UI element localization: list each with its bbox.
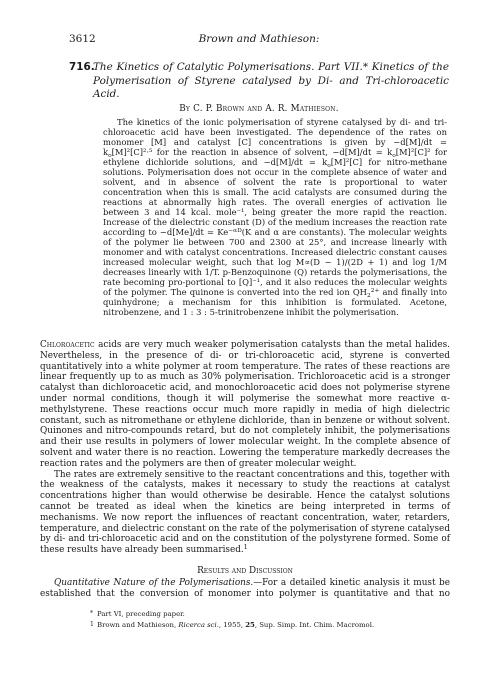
footnotes: *Part VI, preceding paper. 1Brown and Ma… <box>90 609 450 630</box>
intro-paragraph-2: The rates are extremely sensitive to the… <box>40 470 450 556</box>
footnote: 1Brown and Mathieson, Ricerca sci., 1955… <box>90 620 450 631</box>
article-number: 716. <box>69 61 95 75</box>
section-heading: Results and Discussion <box>40 566 450 576</box>
footnote: *Part VI, preceding paper. <box>90 609 450 620</box>
journal-page: 3612 Brown and Mathieson: 716. The Kinet… <box>0 0 500 679</box>
results-paragraph: Quantitative Nature of the Polymerisatio… <box>40 578 450 600</box>
introduction: Chloroacetic acids are very much weaker … <box>40 340 450 556</box>
abstract-paragraph: The kinetics of the ionic polymerisation… <box>103 117 447 317</box>
author-byline: By C. P. Brown and A. R. Mathieson. <box>69 104 449 114</box>
lead-word: Chloroacetic <box>40 340 95 350</box>
results-section: Quantitative Nature of the Polymerisatio… <box>40 578 450 600</box>
article-header: 716. The Kinetics of Catalytic Polymeris… <box>69 61 449 102</box>
subsection-title: Quantitative Nature of the Polymerisatio… <box>54 578 253 588</box>
article-title: The Kinetics of Catalytic Polymerisation… <box>93 61 449 102</box>
running-title: Brown and Mathieson: <box>69 33 449 45</box>
abstract: The kinetics of the ionic polymerisation… <box>103 117 447 317</box>
intro-paragraph-1: Chloroacetic acids are very much weaker … <box>40 340 450 470</box>
running-head: 3612 Brown and Mathieson: <box>69 33 449 47</box>
reference-marker[interactable]: 1 <box>244 544 248 551</box>
